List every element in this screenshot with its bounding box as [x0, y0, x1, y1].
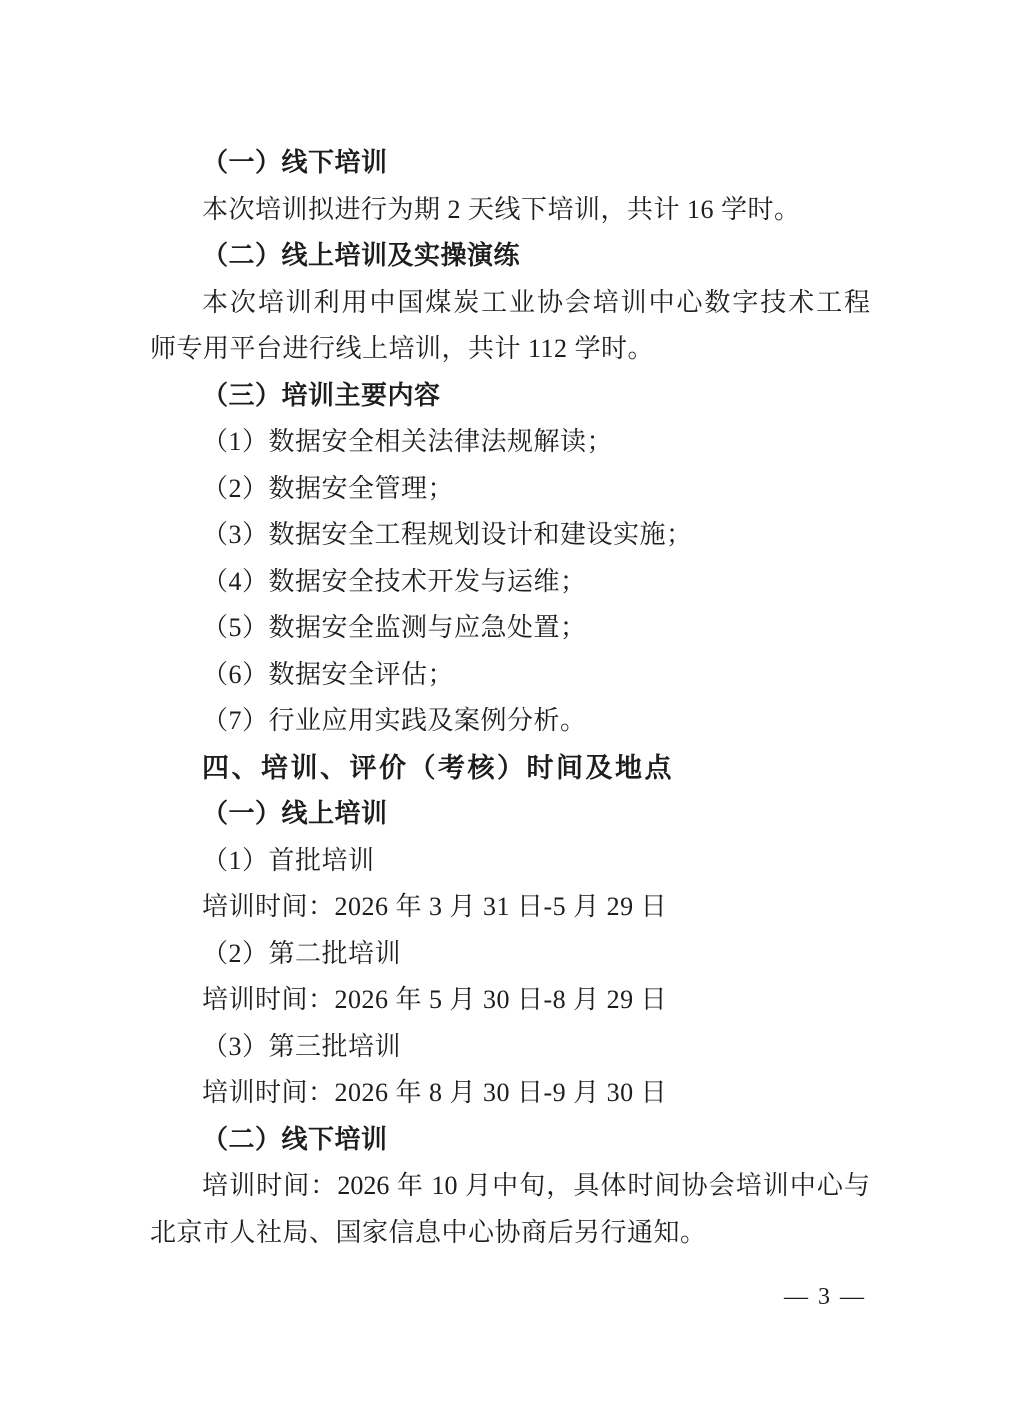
list-item-7-industry-cases: （7）行业应用实践及案例分析。	[150, 698, 870, 745]
para-second-batch-time: 培训时间：2026 年 5 月 30 日-8 月 29 日	[150, 977, 870, 1024]
subitem-2-second-batch: （2）第二批培训	[150, 931, 870, 978]
para-online-platform-line2: 师专用平台进行线上培训，共计 112 学时。	[150, 326, 870, 373]
heading-online-training-time: （一）线上培训	[150, 791, 870, 838]
heading-section-4-time-place: 四、培训、评价（考核）时间及地点	[150, 745, 870, 792]
list-item-1-laws-regulations: （1）数据安全相关法律法规解读；	[150, 419, 870, 466]
heading-online-training-practice: （二）线上培训及实操演练	[150, 233, 870, 280]
subitem-3-third-batch: （3）第三批培训	[150, 1024, 870, 1071]
subitem-1-first-batch: （1）首批培训	[150, 838, 870, 885]
list-item-3-engineering-planning: （3）数据安全工程规划设计和建设实施；	[150, 512, 870, 559]
page-number: — 3 —	[784, 1284, 866, 1311]
list-item-4-tech-dev-ops: （4）数据安全技术开发与运维；	[150, 559, 870, 606]
para-online-platform-line1: 本次培训利用中国煤炭工业协会培训中心数字技术工程	[150, 280, 870, 327]
para-offline-duration: 本次培训拟进行为期 2 天线下培训，共计 16 学时。	[150, 187, 870, 234]
document-body: （一）线下培训本次培训拟进行为期 2 天线下培训，共计 16 学时。（二）线上培…	[150, 140, 870, 1256]
heading-offline-training: （一）线下培训	[150, 140, 870, 187]
heading-training-main-content: （三）培训主要内容	[150, 373, 870, 420]
para-offline-time-line1: 培训时间：2026 年 10 月中旬，具体时间协会培训中心与	[150, 1163, 870, 1210]
para-first-batch-time: 培训时间：2026 年 3 月 31 日-5 月 29 日	[150, 884, 870, 931]
list-item-6-security-assessment: （6）数据安全评估；	[150, 652, 870, 699]
para-third-batch-time: 培训时间：2026 年 8 月 30 日-9 月 30 日	[150, 1070, 870, 1117]
para-offline-time-line2: 北京市人社局、国家信息中心协商后另行通知。	[150, 1210, 870, 1257]
list-item-2-security-management: （2）数据安全管理；	[150, 466, 870, 513]
heading-offline-training-time: （二）线下培训	[150, 1117, 870, 1164]
list-item-5-monitoring-response: （5）数据安全监测与应急处置；	[150, 605, 870, 652]
document-page: （一）线下培训本次培训拟进行为期 2 天线下培训，共计 16 学时。（二）线上培…	[0, 0, 1018, 1428]
